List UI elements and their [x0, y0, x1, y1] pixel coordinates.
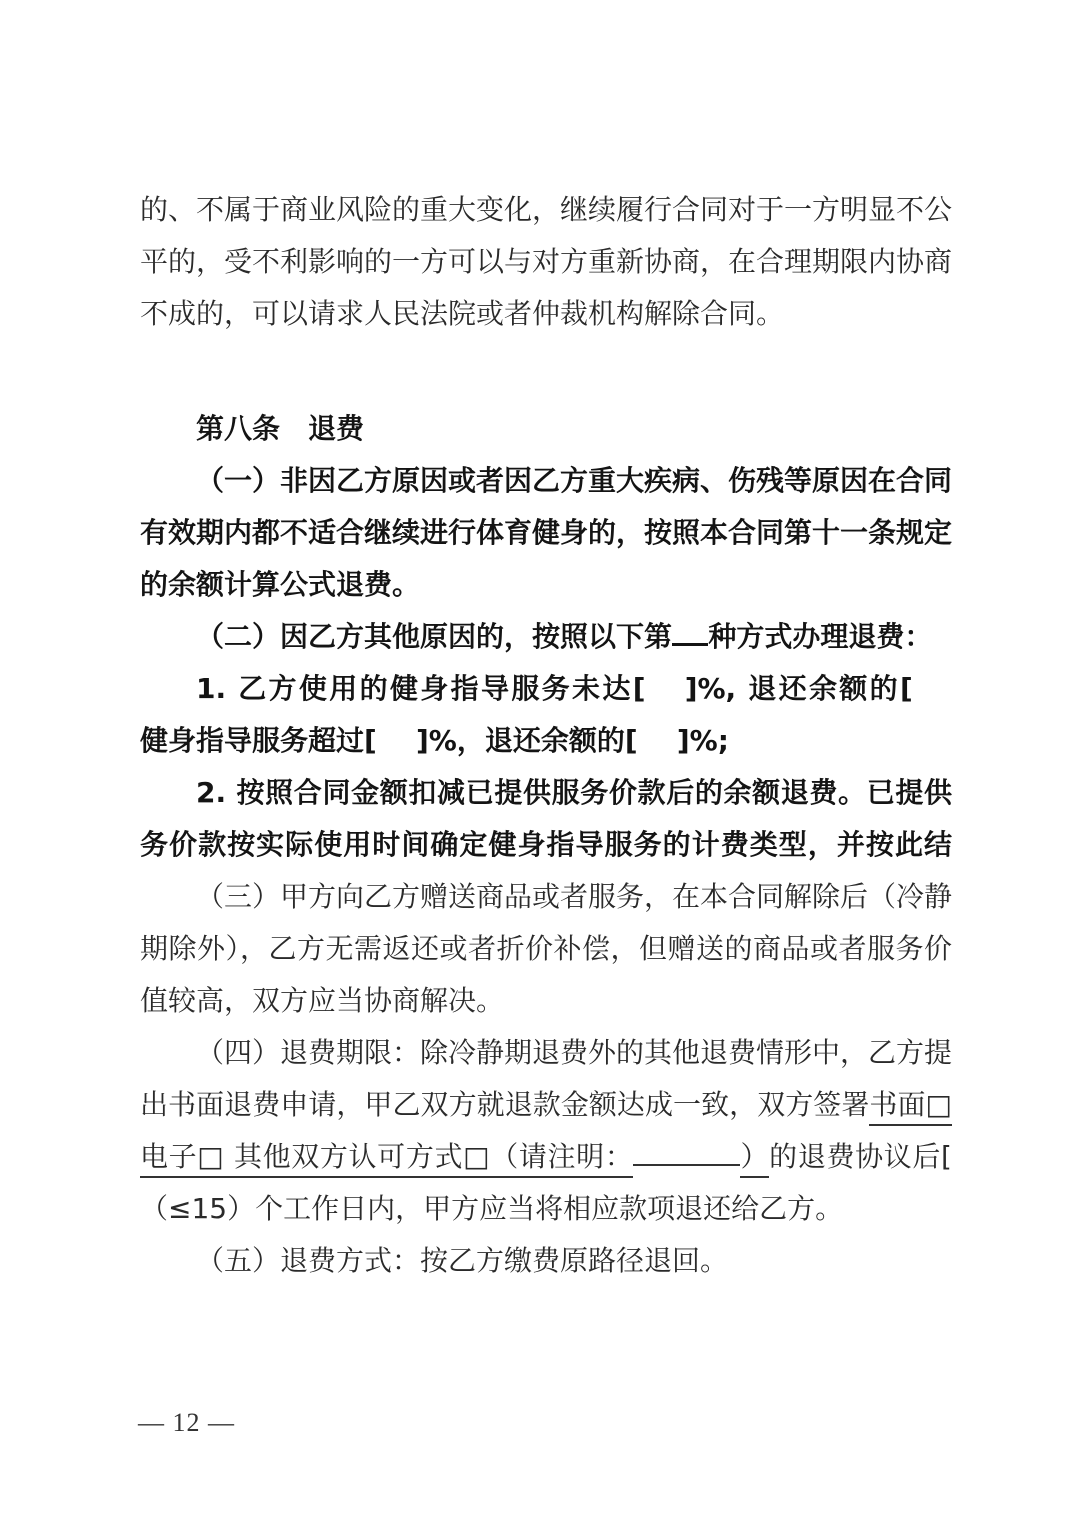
- underlined-text: ）: [740, 1140, 769, 1178]
- text-segment: 期除外），乙方无需返还或者折价补偿，但赠送的商品或者服务价: [140, 932, 952, 965]
- underlined-text: 书面□: [869, 1088, 952, 1126]
- document-page: 的、不属于商业风险的重大变化，继续履行合同对于一方明显不公平的，受不利影响的一方…: [0, 0, 1080, 1528]
- text-segment: 值较高，双方应当协商解决。: [140, 984, 504, 1017]
- fill-in-blank: [633, 1139, 739, 1166]
- clause-3-line: 值较高，双方应当协商解决。: [140, 975, 952, 1027]
- clause-4-line: （四）退费期限：除冷静期退费外的其他退费情形中，乙方提: [140, 1027, 952, 1079]
- option-2-line: 2. 按照合同金额扣减已提供服务价款后的余额退费。已提供服: [140, 767, 952, 819]
- body-line: 平的，受不利影响的一方可以与对方重新协商，在合理期限内协商: [140, 236, 952, 288]
- document-content: 的、不属于商业风险的重大变化，继续履行合同对于一方明显不公平的，受不利影响的一方…: [140, 184, 952, 1287]
- page-number: — 12 —: [138, 1405, 235, 1441]
- bracket-gap: [646, 697, 685, 698]
- clause-5-line: （五）退费方式：按乙方缴费原路径退回。: [140, 1235, 952, 1287]
- option-1-line: 1. 乙方使用的健身指导服务未达[]%, 退还余额的[]%;: [140, 663, 952, 715]
- text-segment: 的退费协议后[: [769, 1140, 952, 1173]
- clause-4-line: 出书面退费申请，甲乙双方就退款金额达成一致，双方签署书面□: [140, 1079, 952, 1131]
- bracket-gap: [280, 437, 308, 438]
- body-line: 的、不属于商业风险的重大变化，继续履行合同对于一方明显不公: [140, 184, 952, 236]
- text-segment: 平的，受不利影响的一方可以与对方重新协商，在合理期限内协商: [140, 245, 952, 278]
- clause-1-line: （一）非因乙方原因或者因乙方重大疾病、伤残等原因在合同: [140, 455, 952, 507]
- text-segment: （≤15）个工作日内，甲方应当将相应款项退还给乙方。: [140, 1192, 843, 1225]
- clause-3-line: （三）甲方向乙方赠送商品或者服务，在本合同解除后（冷静: [140, 871, 952, 923]
- text-segment: （二）因乙方其他原因的，按照以下第: [196, 620, 672, 653]
- option-1-line: 健身指导服务超过[]%，退还余额的[]%;: [140, 715, 952, 767]
- text-segment: 2. 按照合同金额扣减已提供服务价款后的余额退费。已提供服: [140, 776, 952, 819]
- bracket-gap: [913, 697, 952, 698]
- text-segment: 务价款按实际使用时间确定健身指导服务的计费类型，并按此结算。: [140, 828, 952, 871]
- text-segment: （一）非因乙方原因或者因乙方重大疾病、伤残等原因在合同: [196, 464, 952, 497]
- option-2-line: 务价款按实际使用时间确定健身指导服务的计费类型，并按此结算。: [140, 819, 952, 871]
- text-segment: 第八条: [196, 412, 280, 445]
- text-segment: （五）退费方式：按乙方缴费原路径退回。: [196, 1244, 728, 1277]
- text-segment: 退费: [308, 412, 364, 445]
- clause-4-line: （≤15）个工作日内，甲方应当将相应款项退还给乙方。: [140, 1183, 952, 1235]
- article-heading: 第八条退费: [140, 403, 952, 455]
- text-segment: ]%;: [677, 724, 729, 757]
- clause-3-line: 期除外），乙方无需返还或者折价补偿，但赠送的商品或者服务价: [140, 923, 952, 975]
- text-segment: 健身指导服务超过[: [140, 724, 377, 757]
- clause-1-line: 的余额计算公式退费。: [140, 559, 952, 611]
- text-segment: 有效期内都不适合继续进行体育健身的，按照本合同第十一条规定: [140, 516, 952, 549]
- text-segment: 1. 乙方使用的健身指导服务未达[: [196, 672, 646, 705]
- clause-1-line: 有效期内都不适合继续进行体育健身的，按照本合同第十一条规定: [140, 507, 952, 559]
- text-segment: （四）退费期限：除冷静期退费外的其他退费情形中，乙方提: [196, 1036, 952, 1069]
- underlined-text: 电子□ 其他双方认可方式□（请注明：: [140, 1140, 633, 1178]
- text-segment: 出书面退费申请，甲乙双方就退款金额达成一致，双方签署: [140, 1088, 869, 1121]
- body-line: 不成的，可以请求人民法院或者仲裁机构解除合同。: [140, 288, 952, 340]
- text-segment: 不成的，可以请求人民法院或者仲裁机构解除合同。: [140, 297, 784, 330]
- text-segment: 的、不属于商业风险的重大变化，继续履行合同对于一方明显不公: [140, 193, 952, 226]
- text-segment: 种方式办理退费：: [708, 620, 932, 653]
- clause-4-line: 电子□ 其他双方认可方式□（请注明：）的退费协议后[]: [140, 1131, 952, 1183]
- clause-2-line: （二）因乙方其他原因的，按照以下第种方式办理退费：: [140, 611, 952, 663]
- text-segment: （三）甲方向乙方赠送商品或者服务，在本合同解除后（冷静: [196, 880, 952, 913]
- bracket-gap: [377, 749, 416, 750]
- text-segment: ]%, 退还余额的[: [685, 672, 913, 705]
- fill-in-blank: [672, 618, 708, 646]
- text-segment: ]%，退还余额的[: [416, 724, 638, 757]
- text-segment: 的余额计算公式退费。: [140, 568, 420, 601]
- bracket-gap: [638, 749, 677, 750]
